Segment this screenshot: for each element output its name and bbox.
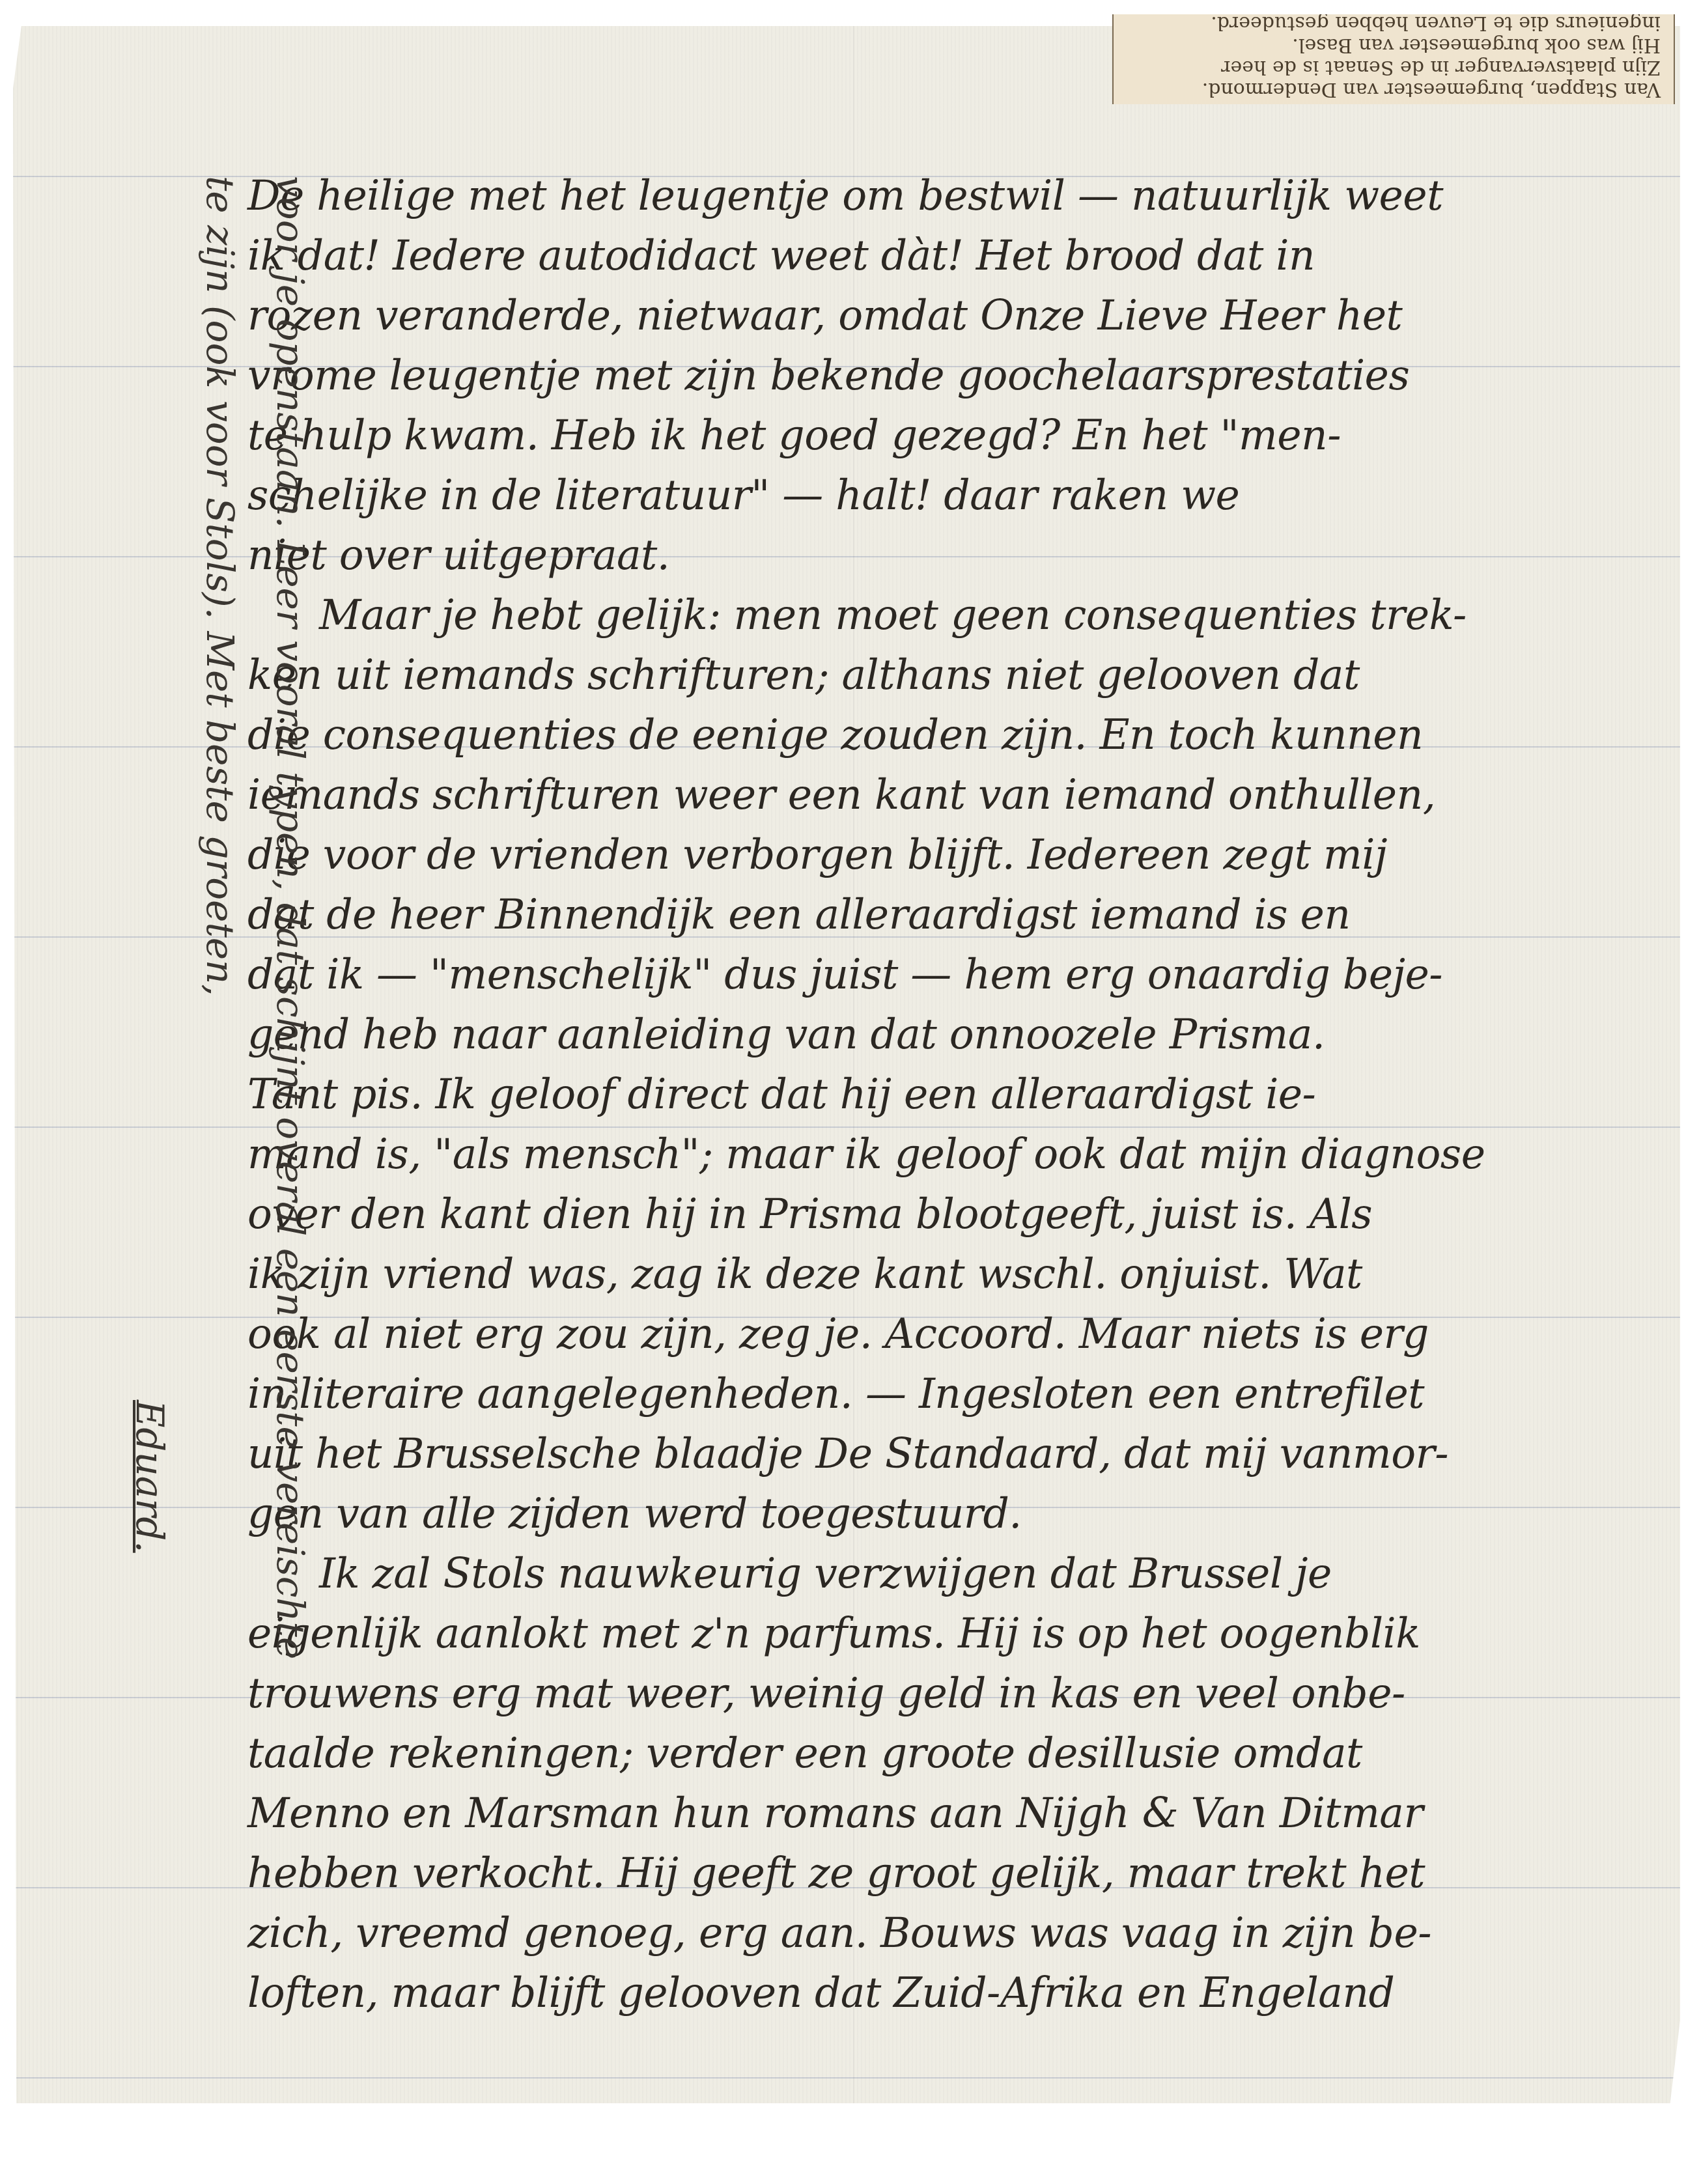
letter-line: over den kant dien hij in Prisma blootge… [247, 1184, 1628, 1244]
letter-line: te hulp kwam. Heb ik het goed gezegd? En… [247, 406, 1628, 466]
signature-line: Eduard. [115, 176, 185, 1771]
letter-line: taalde rekeningen; verder een groote des… [247, 1724, 1628, 1784]
letter-line: die voor de vrienden verborgen blijft. I… [247, 825, 1628, 885]
letter-line: Menno en Marsman hun romans aan Nijgh & … [247, 1784, 1628, 1843]
clipping-line: Zijn plaatsvervanger in de Senaat is de … [1127, 56, 1661, 78]
newspaper-clipping: Van Stappen, burgemeester van Dendermond… [1112, 14, 1675, 104]
margin-note-line: voor je openstaan. Leer vooral typen, da… [255, 176, 326, 1771]
letter-line: niet over uitgepraat. [247, 525, 1628, 585]
letter-line-paragraph-start: Ik zal Stols nauwkeurig verzwijgen dat B… [247, 1544, 1628, 1604]
letter-line: dat de heer Binnendijk een alleraardigst… [247, 885, 1628, 945]
letter-line: ik dat! Iedere autodidact weet dàt! Het … [247, 226, 1628, 286]
letter-line: dat ik — "menschelijk" dus juist — hem e… [247, 945, 1628, 1005]
letter-line: schelijke in de literatuur" — halt! daar… [247, 466, 1628, 525]
letter-line: hebben verkocht. Hij geeft ze groot geli… [247, 1843, 1628, 1903]
letter-line: uit het Brusselsche blaadje De Standaard… [247, 1424, 1628, 1484]
letter-line: gen van alle zijden werd toegestuurd. [247, 1484, 1628, 1544]
letter-line: die consequenties de eenige zouden zijn.… [247, 705, 1628, 765]
letter-line: in literaire aangelegenheden. — Ingeslot… [247, 1364, 1628, 1424]
letter-line: vrome leugentje met zijn bekende goochel… [247, 346, 1628, 406]
letter-line: zich, vreemd genoeg, erg aan. Bouws was … [247, 1903, 1628, 1963]
letter-body: De heilige met het leugentje om bestwil … [247, 166, 1628, 2023]
letter-line: ken uit iemands schrifturen; althans nie… [247, 645, 1628, 705]
letter-line: gend heb naar aanleiding van dat onnooze… [247, 1005, 1628, 1065]
clipping-text: Van Stappen, burgemeester van Dendermond… [1114, 14, 1674, 104]
letter-line-paragraph-start: Maar je hebt gelijk: men moet geen conse… [247, 585, 1628, 645]
margin-note-line: te zijn (ook voor Stols). Met beste groe… [185, 176, 255, 1771]
letter-line: trouwens erg mat weer, weinig geld in ka… [247, 1664, 1628, 1724]
letter-line: eigenlijk aanlokt met z'n parfums. Hij i… [247, 1604, 1628, 1664]
letter-line: loften, maar blijft gelooven dat Zuid-Af… [247, 1963, 1628, 2023]
signature: Eduard. [115, 1400, 185, 1553]
letter-line: ik zijn vriend was, zag ik deze kant wsc… [247, 1244, 1628, 1304]
clipping-line: Hij was ook burgemeester van Basel. [1127, 34, 1661, 56]
clipping-line: Van Stappen, burgemeester van Dendermond… [1127, 78, 1661, 100]
letter-line: mand is, "als mensch"; maar ik geloof oo… [247, 1125, 1628, 1184]
letter-line: iemands schrifturen weer een kant van ie… [247, 765, 1628, 825]
clipping-line: ingenieurs die te Leuven hebben gestudee… [1127, 14, 1661, 34]
letter-line: ook al niet erg zou zijn, zeg je. Accoor… [247, 1304, 1628, 1364]
letter-line: De heilige met het leugentje om bestwil … [247, 166, 1628, 226]
letter-line: Tant pis. Ik geloof direct dat hij een a… [247, 1065, 1628, 1125]
letter-line: rozen veranderde, nietwaar, omdat Onze L… [247, 286, 1628, 346]
margin-note: voor je openstaan. Leer vooral typen, da… [91, 176, 326, 1771]
